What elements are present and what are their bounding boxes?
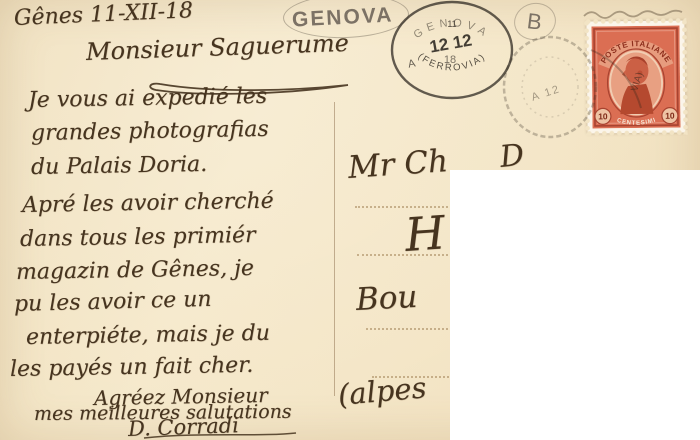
message-line: dans tous les primiér <box>20 223 256 252</box>
postmark-faint-strike: A 12 VIA) <box>495 20 700 140</box>
message-line: magazin de Gênes, je <box>16 256 254 285</box>
pencil-wavy-line <box>582 7 694 21</box>
salutation-flourish <box>142 80 352 100</box>
message-line: enterpiéte, mais je du <box>26 321 270 350</box>
message-line: Apré les avoir cherché <box>22 189 274 218</box>
address-fragment: Bou <box>355 279 418 318</box>
postmark-mark-on-stamp: VIA) <box>629 71 645 93</box>
address-fragment: Mr Ch <box>347 143 449 186</box>
address-fragment: H <box>403 205 447 262</box>
signature-flourish <box>140 430 300 440</box>
address-fragment: (alpes <box>337 370 428 412</box>
postmark-hour: 11 <box>447 19 456 29</box>
postcard-scan: Gênes 11-XII-18 Monsieur Saguerume Je vo… <box>0 0 700 440</box>
postmark-index-letter: A <box>407 57 417 70</box>
address-line-rule <box>366 328 452 330</box>
message-line: grandes photografias <box>31 117 269 146</box>
message-line: du Palais Doria. <box>31 152 208 180</box>
postmark-year: 18 <box>444 54 456 66</box>
message-dateline: Gênes 11-XII-18 <box>13 0 193 31</box>
postcard-divider-line <box>334 102 335 396</box>
message-line: les payés un fait cher. <box>10 353 254 382</box>
postmark-date: 12 12 <box>428 30 473 56</box>
postmark-faint-index: A 12 <box>530 83 562 104</box>
message-line: pu les avoir ce un <box>14 287 212 317</box>
redaction-overlay <box>450 170 700 440</box>
